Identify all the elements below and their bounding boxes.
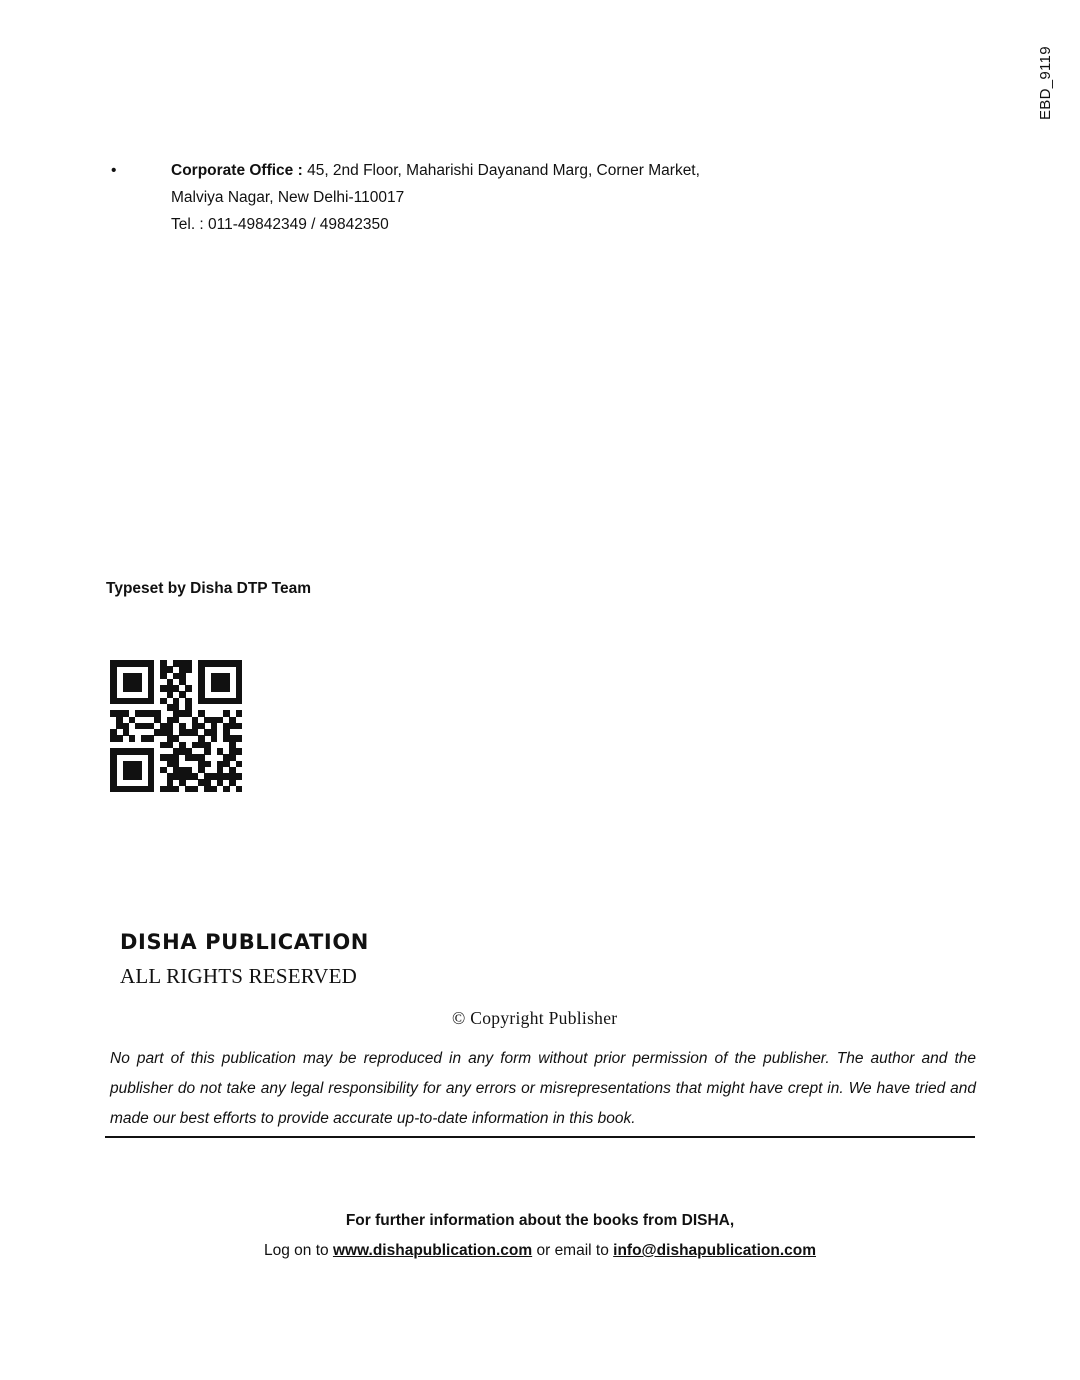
qr-module <box>236 735 243 742</box>
qr-module <box>173 786 180 793</box>
horizontal-divider <box>105 1136 975 1138</box>
qr-module <box>223 786 230 793</box>
qr-module <box>236 723 243 730</box>
qr-module <box>192 786 199 793</box>
qr-module <box>236 710 243 717</box>
office-address-line2: Malviya Nagar, New Delhi-110017 <box>171 184 700 211</box>
office-label: Corporate Office : <box>171 162 303 179</box>
qr-module <box>148 698 155 705</box>
office-telephone: Tel. : 011-49842349 / 49842350 <box>171 211 700 238</box>
qr-module <box>204 748 211 755</box>
bullet: • <box>111 157 116 184</box>
qr-module <box>236 786 243 793</box>
log-on-text: Log on to <box>264 1242 333 1259</box>
qr-module <box>204 761 211 768</box>
qr-module <box>223 685 230 692</box>
qr-module <box>148 735 155 742</box>
qr-module <box>135 685 142 692</box>
qr-module <box>129 735 136 742</box>
website-link[interactable]: www.dishapublication.com <box>333 1242 532 1259</box>
document-code: EBD_9119 <box>1036 20 1056 120</box>
office-address-line1: Corporate Office : 45, 2nd Floor, Mahari… <box>171 157 700 184</box>
qr-module <box>236 773 243 780</box>
publisher-name: DISHA PUBLICATION <box>120 930 369 954</box>
qr-module <box>185 685 192 692</box>
qr-module <box>211 735 218 742</box>
qr-module <box>135 773 142 780</box>
further-info-links: Log on to www.dishapublication.com or em… <box>0 1242 1080 1260</box>
qr-module <box>148 786 155 793</box>
qr-module <box>236 761 243 768</box>
rights-statement: ALL RIGHTS RESERVED <box>120 964 357 989</box>
qr-module <box>116 735 123 742</box>
office-address-text: 45, 2nd Floor, Maharishi Dayanand Marg, … <box>303 162 700 179</box>
disclaimer-paragraph: No part of this publication may be repro… <box>110 1044 976 1134</box>
typeset-credit: Typeset by Disha DTP Team <box>106 580 311 598</box>
copyright-notice: © Copyright Publisher <box>452 1008 617 1029</box>
qr-module <box>185 666 192 673</box>
qr-code[interactable] <box>110 660 242 792</box>
qr-module <box>211 786 218 793</box>
qr-module <box>236 748 243 755</box>
qr-module <box>236 698 243 705</box>
further-info-heading: For further information about the books … <box>0 1212 1080 1230</box>
email-text: or email to <box>532 1242 613 1259</box>
email-link[interactable]: info@dishapublication.com <box>613 1242 816 1259</box>
